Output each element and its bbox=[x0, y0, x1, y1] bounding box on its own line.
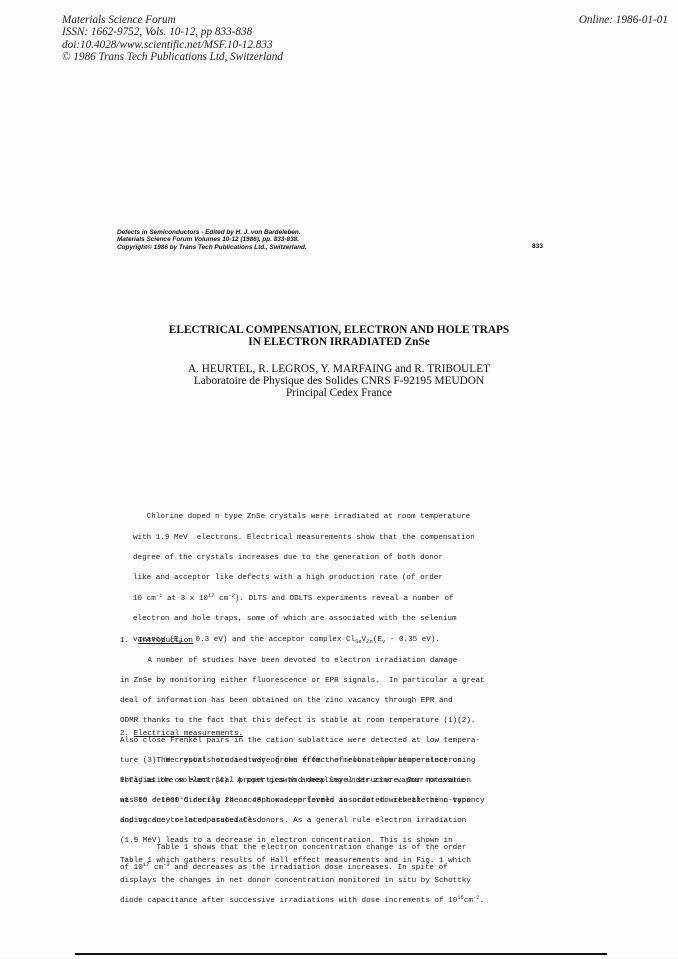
abstract-line: electron and hole traps, some of which a… bbox=[133, 614, 475, 624]
authors: A. HEURTEL, R. LEGROS, Y. MARFAING and R… bbox=[0, 363, 678, 375]
text: ). DLTS and ODLTS experiments reveal a n… bbox=[235, 595, 454, 603]
superscript: -2 bbox=[228, 592, 235, 599]
text: at 3 x 10 bbox=[162, 595, 208, 603]
affiliation-line-2: Principal Cedex France bbox=[0, 387, 678, 399]
abstract-line: with 1.9 MeV electrons. Electrical measu… bbox=[133, 533, 475, 543]
paper-title: ELECTRICAL COMPENSATION, ELECTRON AND HO… bbox=[0, 324, 678, 349]
superscript: -3 bbox=[163, 861, 170, 868]
abstract-line: like and acceptor like defects with a hi… bbox=[133, 573, 475, 583]
footer-rule bbox=[75, 953, 607, 955]
copyright-line: © 1986 Trans Tech Publications Ltd, Swit… bbox=[62, 51, 283, 63]
text: . bbox=[480, 897, 485, 905]
section-number: 1. bbox=[120, 637, 138, 645]
superscript: 17 bbox=[208, 592, 215, 599]
paragraph-line: diode capacitance after successive irrad… bbox=[120, 896, 484, 906]
text: cm bbox=[149, 864, 163, 872]
paragraph-line: in ZnSe by monitoring either fluorescenc… bbox=[120, 676, 485, 686]
text: cm bbox=[464, 897, 473, 905]
section-number: 2. bbox=[120, 730, 134, 738]
issn-line: ISSN: 1662-9752, Vols. 10-12, pp 833-838 bbox=[62, 26, 283, 38]
doi-line[interactable]: doi:10.4028/www.scientific.net/MSF.10-12… bbox=[62, 39, 283, 51]
paragraph-line: deal of information has been obtained on… bbox=[120, 696, 485, 706]
paragraph-line: ODMR thanks to the fact that this defect… bbox=[120, 716, 485, 726]
paragraph-line: The crystals studied were grown from the… bbox=[120, 756, 484, 766]
page-number: 833 bbox=[532, 243, 543, 250]
paragraph-line: doping due to incorporated Cl donors. As… bbox=[120, 816, 484, 826]
text: and decreases as the irradiation dose in… bbox=[170, 864, 448, 872]
affiliation-line-1: Laboratoire de Physique des Solides CNRS… bbox=[0, 375, 678, 387]
paragraph-line: Table 1 shows that the electron concentr… bbox=[120, 843, 466, 853]
superscript: -2 bbox=[473, 894, 480, 901]
publication-header: Defects in Semiconductors - Edited by H.… bbox=[117, 229, 307, 251]
section-title: Introduction bbox=[138, 637, 193, 645]
superscript: 16 bbox=[457, 894, 464, 901]
online-date: Online: 1986-01-01 bbox=[579, 14, 668, 26]
abstract-line: 10 cm-1 at 3 x 1017 cm-2). DLTS and ODLT… bbox=[133, 594, 475, 604]
section-title: Electrical measurements. bbox=[134, 730, 243, 738]
pub-header-line-1: Defects in Semiconductors - Edited by H.… bbox=[117, 229, 307, 236]
abstract-line: degree of the crystals increases due to … bbox=[133, 553, 475, 563]
paragraph-line: of 1017 cm-3 and decreases as the irradi… bbox=[120, 863, 466, 873]
title-line-2: IN ELECTRON IRRADIATED ZnSe bbox=[0, 336, 678, 348]
journal-name: Materials Science Forum bbox=[62, 14, 283, 26]
text: PbCl bbox=[120, 777, 138, 785]
section-heading: 1. Introduction bbox=[120, 636, 485, 646]
section-electrical-measurements-p2: Table 1 shows that the electron concentr… bbox=[120, 833, 466, 883]
text: as the solvant (4). A post growth anneal… bbox=[142, 777, 466, 785]
title-line-1: ELECTRICAL COMPENSATION, ELECTRON AND HO… bbox=[0, 324, 678, 336]
text: of 10 bbox=[120, 864, 143, 872]
author-block: A. HEURTEL, R. LEGROS, Y. MARFAING and R… bbox=[0, 363, 678, 400]
abstract-line: Chlorine doped n type ZnSe crystals were… bbox=[133, 512, 475, 522]
section-electrical-measurements-p1: The crystals studied were grown from the… bbox=[120, 746, 484, 916]
paragraph-line: at 800 - 1000°C during 24 or 48 h was pe… bbox=[120, 796, 484, 806]
paragraph-line: A number of studies have been devoted to… bbox=[120, 656, 485, 666]
text: diode capacitance after successive irrad… bbox=[120, 897, 457, 905]
text: cm bbox=[215, 595, 229, 603]
paragraph-line: PbCl2 as the solvant (4). A post growth … bbox=[120, 776, 484, 786]
pub-header-line-2: Materials Science Forum Volumes 10-12 (1… bbox=[117, 236, 307, 243]
text: 10 cm bbox=[133, 595, 156, 603]
pub-header-line-3: Copyright© 1986 by Trans Tech Publicatio… bbox=[117, 244, 307, 251]
citation-metadata: Materials Science Forum ISSN: 1662-9752,… bbox=[62, 14, 283, 64]
section-heading: 2. Electrical measurements. bbox=[120, 730, 243, 738]
